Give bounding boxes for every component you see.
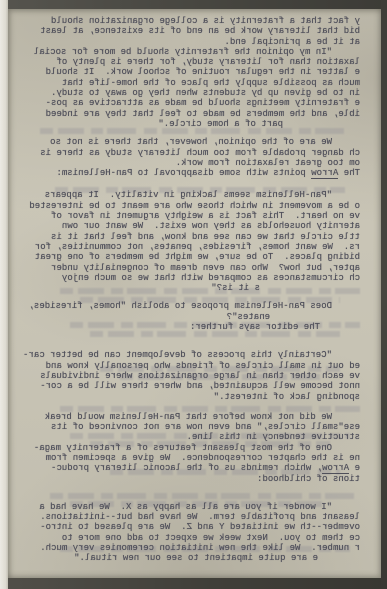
page-edge-bottom [0,578,387,589]
text-line: We did not know before that Pan-Hellenis… [24,412,360,422]
text-line: biding places. To be sure, we might be m… [24,252,360,262]
text-line: much as possible supply the place of the… [24,78,360,88]
text-line: We are of the opinion, however, that the… [24,137,360,147]
text-line: nnot become well acquainted, and where t… [24,381,360,391]
text-line: in to be given up by students when they … [24,88,360,98]
text-line: enates"? [24,312,360,322]
text-line: "I wonder if you are all as happy as X. … [24,502,360,512]
text-line: One of the most pleasant features of a f… [24,443,360,453]
text-line: rs. We want homes, firesides, penates, n… [24,242,360,252]
scanned-document-photo: { "page": { "description_colors": { "pap… [0,0,387,589]
text-line: ttle circle that we can see and know, an… [24,232,360,242]
text-line: e are quite impatient to see our new rit… [24,553,360,563]
text-line: s it is?" [24,283,360,293]
text-line: The Arrow points with some disapproval t… [24,168,360,178]
text-line: apter, but how? Who can even dream of co… [24,263,360,273]
page-edge-left-strip [0,0,8,589]
text-line: ve no heart. This fact is a weighty argu… [24,211,360,221]
page-edge-right [381,0,387,589]
page-edge-top [0,0,387,9]
text-line: Does Pan-Hellenism propose to abolish "h… [24,301,360,311]
text-line: structive tendency in this line. [24,432,360,442]
text-line: leasant and profitable term. We have had… [24,512,360,522]
text-line: ne is the chapter correspondence. We giv… [24,453,360,463]
underlined-word: Arrow [311,168,338,179]
text-line: bid that literary work be an end of its … [24,26,360,36]
underlined-word: Arrow [322,463,349,474]
text-line: y fact that a fraternity is a college or… [24,16,360,26]
text-line: ese"small circles," and even now are not… [24,422,360,432]
text-line: e latter in the regular routine of schoo… [24,67,360,77]
text-line: ed out in small circles of friends who p… [24,361,360,371]
text-line: ible, and the members be made to feel th… [24,109,360,119]
text-line: part of a home circle." [24,119,360,129]
text-line: ch danger probable from too much literar… [24,148,360,158]
text-line: tions of childhood: [24,474,360,484]
text-line: ce them to you. Next week we expect to a… [24,533,360,543]
text-line: ch circumstances as compared with that w… [24,273,360,283]
text-line: ovember--th we initiated Y and Z. We are… [24,522,360,532]
text-line: e fraternity meetings should be made as … [24,98,360,108]
text-line: r number. We like the new initiation cer… [24,543,360,553]
text-line: at it be a principal end. [24,37,360,47]
text-line: laxation than for literary study, for th… [24,57,360,67]
text-line: o be a movement in which those who are m… [24,201,360,211]
text-line: e Arrow, which reminds us of the laconic… [24,463,360,473]
text-line: The editor says further: [24,322,360,332]
text-line: om too great relaxation from work. [24,158,360,168]
text-line: "Pan-Hellenism seems lacking in vitality… [24,190,360,200]
text-line: "In my opinion the fraternity should be … [24,47,360,57]
text-line: ve each other than in large organization… [24,371,360,381]
text-line: sponding lack of interest." [24,392,360,402]
text-line: "Certainly this process of development c… [24,350,360,360]
typewritten-text: y fact that a fraternity is a college or… [24,16,360,564]
text-line: aternity households as they now exist. W… [24,221,360,231]
